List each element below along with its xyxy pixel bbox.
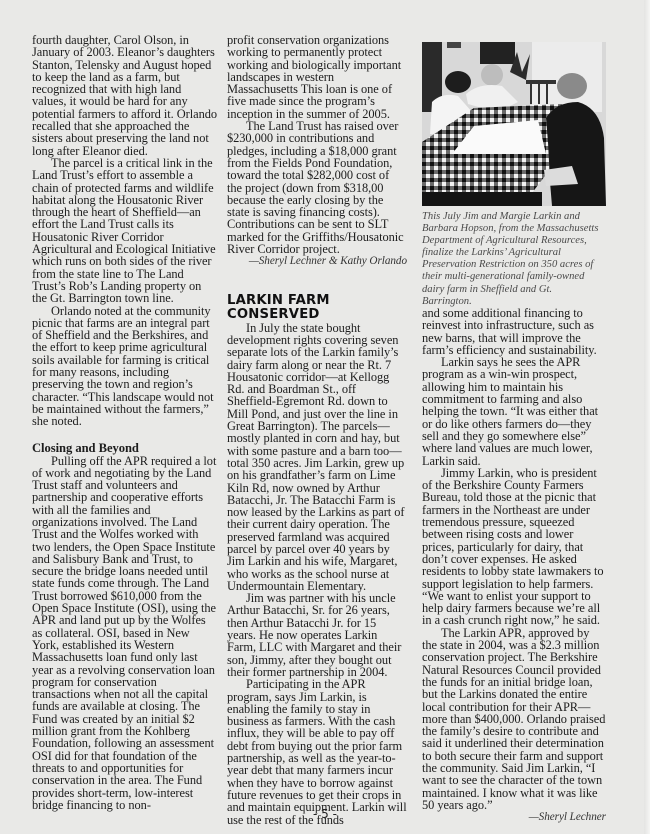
page-number: - 5 - bbox=[0, 807, 650, 821]
paragraph: Orlando noted at the community picnic th… bbox=[32, 305, 218, 428]
paragraph: The Larkin APR, approved by the state in… bbox=[422, 627, 606, 811]
section-subhead: Closing and Beyond bbox=[32, 442, 218, 455]
article-column-1: fourth daughter, Carol Olson, in January… bbox=[32, 34, 218, 811]
page-edge-shadow bbox=[644, 0, 650, 834]
paragraph: Jimmy Larkin, who is president of the Be… bbox=[422, 467, 606, 627]
paragraph: profit conservation organizations workin… bbox=[227, 34, 407, 120]
paragraph: In July the state bought development rig… bbox=[227, 322, 407, 593]
paragraph: and some additional financing to reinves… bbox=[422, 307, 606, 356]
article-column-3: and some additional financing to reinves… bbox=[422, 307, 606, 823]
paragraph: Participating in the APR program, says J… bbox=[227, 678, 407, 826]
paragraph: The parcel is a critical link in the Lan… bbox=[32, 157, 218, 305]
article-headline: LARKIN FARM CONSERVED bbox=[227, 294, 407, 322]
paragraph: Larkin says he sees the APR program as a… bbox=[422, 356, 606, 467]
paragraph: Jim was partner with his uncle Arthur Ba… bbox=[227, 592, 407, 678]
paragraph: Pulling off the APR required a lot of wo… bbox=[32, 455, 218, 812]
paragraph: fourth daughter, Carol Olson, in January… bbox=[32, 34, 218, 157]
article-column-2: profit conservation organizations workin… bbox=[227, 34, 407, 826]
photo-larkins-signing bbox=[422, 42, 606, 206]
article-byline: —Sheryl Lechner & Kathy Orlando bbox=[227, 255, 407, 267]
paragraph: The Land Trust has raised over $230,000 … bbox=[227, 120, 407, 255]
photo-caption: This July Jim and Margie Larkin and Barb… bbox=[422, 211, 604, 308]
